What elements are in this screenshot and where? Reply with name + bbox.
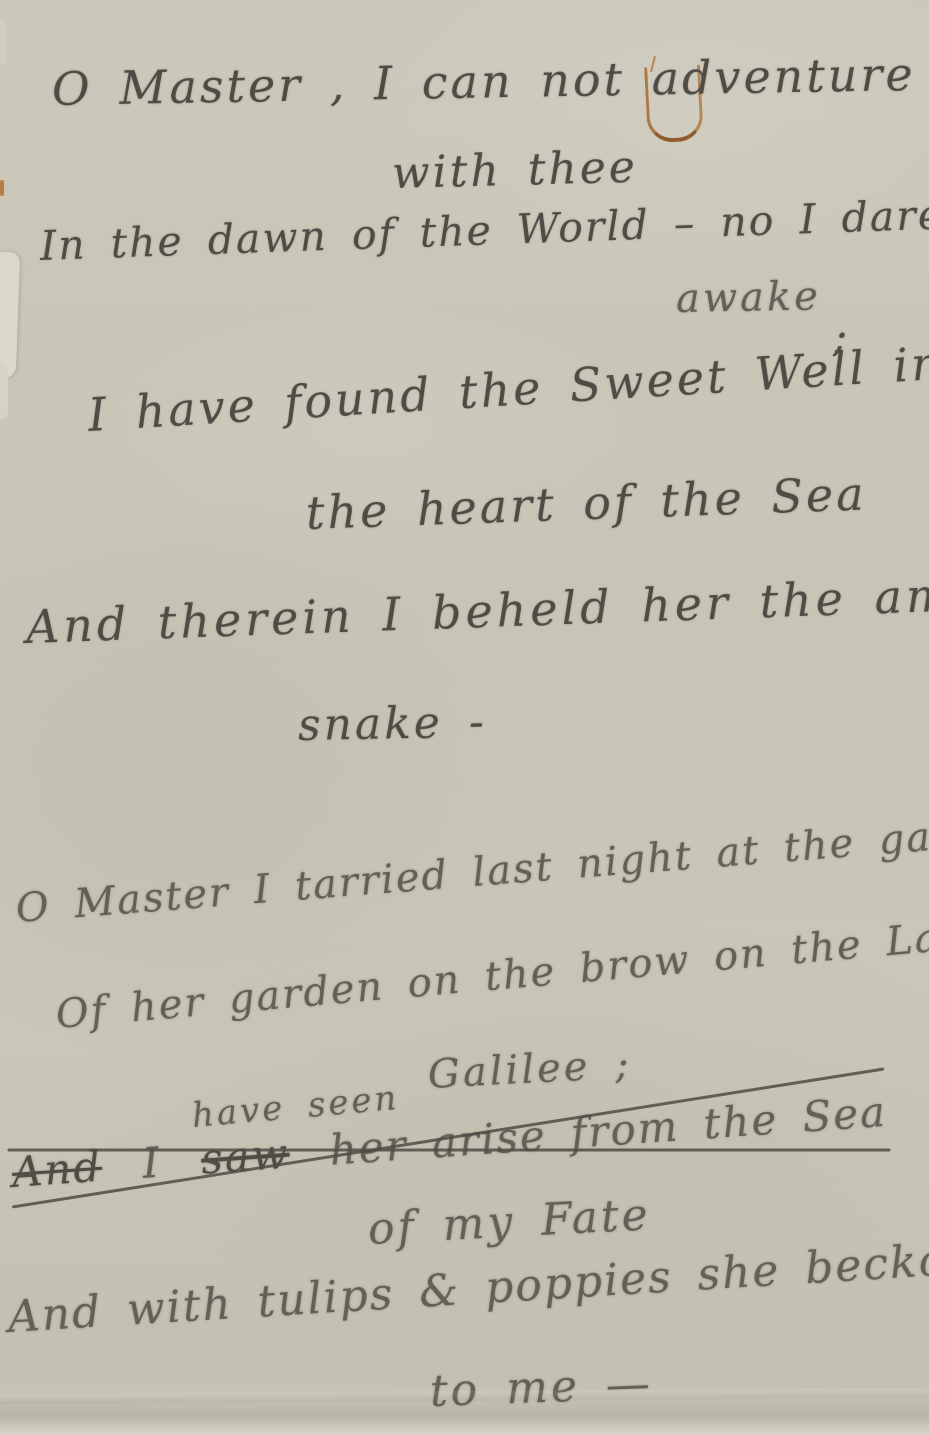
line-13-remainder: her arise from the Sea (328, 1087, 889, 1175)
poem-line-13-with-corrections: And I saw her arise from the Sea (10, 1087, 888, 1197)
poem-line-10: Of her garden on the brow on the Lake (54, 910, 929, 1038)
rust-speck (0, 180, 4, 196)
struck-word-saw: saw (199, 1129, 291, 1184)
manuscript-page: O Master , I can not adventure with thee… (0, 0, 929, 1435)
poem-line-8: snake - (298, 697, 488, 751)
poem-line-4: awake (676, 273, 822, 322)
poem-line-1: O Master , I can not adventure (52, 47, 917, 116)
poem-line-11: Galilee ; (427, 1041, 633, 1098)
poem-line-3: In the dawn of the World – no I dare not (39, 187, 929, 270)
poem-line-2: with thee (391, 142, 638, 199)
kept-word-i: I (141, 1138, 163, 1188)
torn-page-edge (0, 252, 20, 379)
torn-page-edge (0, 20, 6, 66)
poem-line-7: And therein I beheld her the amorous (25, 562, 929, 654)
struck-word-and: And (10, 1142, 103, 1197)
bottom-page-curl-shadow (0, 1393, 929, 1435)
poem-line-9: O Master I tarried last night at the gat… (14, 811, 929, 932)
poem-line-6: the heart of the Sea (305, 466, 867, 540)
torn-page-edge (0, 362, 8, 420)
poem-line-14: of my Fate (367, 1189, 652, 1255)
poem-line-5: I have found the Sweet Well in (86, 336, 929, 442)
